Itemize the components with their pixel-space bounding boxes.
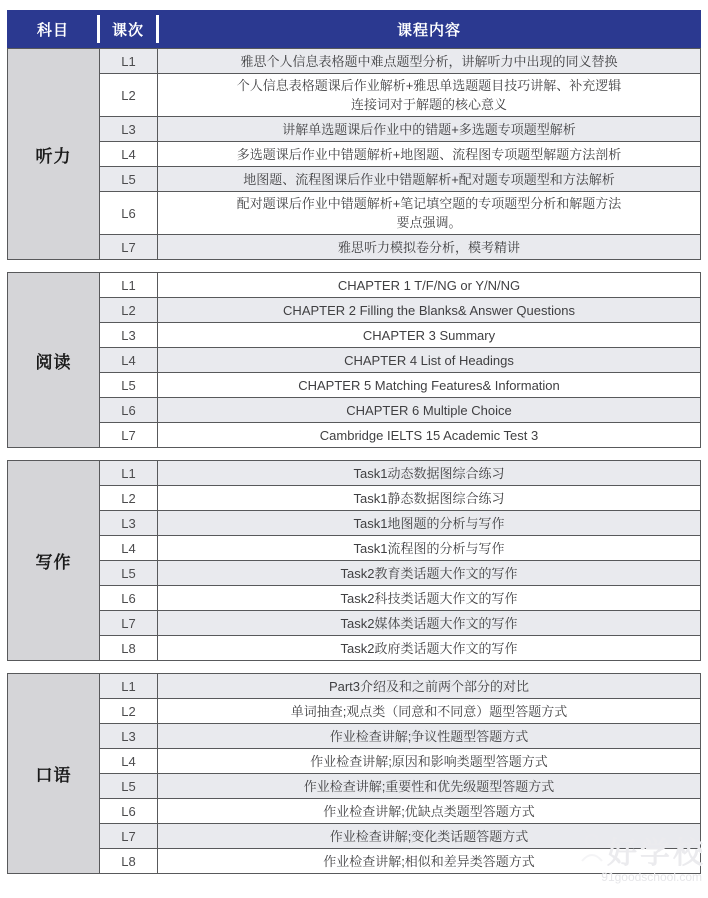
lesson-number: L8 <box>100 849 158 873</box>
sections-container: 听力L1雅思个人信息表格题中难点题型分析，讲解听力中出现的同义替换L2个人信息表… <box>7 48 701 874</box>
lesson-number: L6 <box>100 192 158 234</box>
lesson-number: L7 <box>100 824 158 848</box>
section-reading: 阅读L1CHAPTER 1 T/F/NG or Y/N/NGL2CHAPTER … <box>7 272 701 448</box>
table-row: L2单词抽查;观点类（同意和不同意）题型答题方式 <box>100 698 700 723</box>
lesson-number: L7 <box>100 611 158 635</box>
table-row: L3作业检查讲解;争议性题型答题方式 <box>100 723 700 748</box>
subject-label-listening: 听力 <box>8 49 100 259</box>
subject-label-reading: 阅读 <box>8 273 100 447</box>
table-row: L4作业检查讲解;原因和影响类题型答题方式 <box>100 748 700 773</box>
lesson-content: Task1静态数据图综合练习 <box>158 486 700 510</box>
table-row: L6作业检查讲解;优缺点类题型答题方式 <box>100 798 700 823</box>
table-row: L5CHAPTER 5 Matching Features& Informati… <box>100 372 700 397</box>
section-listening: 听力L1雅思个人信息表格题中难点题型分析，讲解听力中出现的同义替换L2个人信息表… <box>7 48 701 260</box>
subject-label-speaking: 口语 <box>8 674 100 873</box>
lesson-content: CHAPTER 2 Filling the Blanks& Answer Que… <box>158 298 700 322</box>
rows-container: L1Part3介绍及和之前两个部分的对比L2单词抽查;观点类（同意和不同意）题型… <box>100 674 700 873</box>
lesson-content: 作业检查讲解;优缺点类题型答题方式 <box>158 799 700 823</box>
table-row: L2CHAPTER 2 Filling the Blanks& Answer Q… <box>100 297 700 322</box>
lesson-content: Task1流程图的分析与写作 <box>158 536 700 560</box>
lesson-content: CHAPTER 6 Multiple Choice <box>158 398 700 422</box>
table-row: L3Task1地图题的分析与写作 <box>100 510 700 535</box>
lesson-number: L4 <box>100 348 158 372</box>
lesson-content: Task2教育类话题大作文的写作 <box>158 561 700 585</box>
lesson-number: L2 <box>100 699 158 723</box>
lesson-number: L6 <box>100 799 158 823</box>
lesson-content: 配对题课后作业中错题解析+笔记填空题的专项题型分析和解题方法 要点强调。 <box>158 192 700 234</box>
lesson-number: L5 <box>100 774 158 798</box>
course-schedule-page: 科目 课次 课程内容 听力L1雅思个人信息表格题中难点题型分析，讲解听力中出现的… <box>0 0 708 898</box>
lesson-number: L2 <box>100 74 158 116</box>
lesson-content: Task2科技类话题大作文的写作 <box>158 586 700 610</box>
lesson-content: 作业检查讲解;相似和差异类答题方式 <box>158 849 700 873</box>
table-row: L8作业检查讲解;相似和差异类答题方式 <box>100 848 700 873</box>
table-row: L7Task2媒体类话题大作文的写作 <box>100 610 700 635</box>
table-row: L1CHAPTER 1 T/F/NG or Y/N/NG <box>100 273 700 297</box>
lesson-content: Task2媒体类话题大作文的写作 <box>158 611 700 635</box>
table-row: L5Task2教育类话题大作文的写作 <box>100 560 700 585</box>
lesson-number: L7 <box>100 423 158 447</box>
section-writing: 写作L1Task1动态数据图综合练习L2Task1静态数据图综合练习L3Task… <box>7 460 701 661</box>
table-row: L3CHAPTER 3 Summary <box>100 322 700 347</box>
lesson-content: Task1动态数据图综合练习 <box>158 461 700 485</box>
lesson-content: CHAPTER 3 Summary <box>158 323 700 347</box>
table-row: L5地图题、流程图课后作业中错题解析+配对题专项题型和方法解析 <box>100 166 700 191</box>
lesson-content: 讲解单选题课后作业中的错题+多选题专项题型解析 <box>158 117 700 141</box>
lesson-number: L6 <box>100 398 158 422</box>
table-row: L7雅思听力模拟卷分析，模考精讲 <box>100 234 700 259</box>
lesson-content: 作业检查讲解;变化类话题答题方式 <box>158 824 700 848</box>
table-row: L1Task1动态数据图综合练习 <box>100 461 700 485</box>
table-row: L1Part3介绍及和之前两个部分的对比 <box>100 674 700 698</box>
lesson-content: Part3介绍及和之前两个部分的对比 <box>158 674 700 698</box>
lesson-number: L3 <box>100 511 158 535</box>
lesson-content: Cambridge IELTS 15 Academic Test 3 <box>158 423 700 447</box>
lesson-content: 雅思听力模拟卷分析，模考精讲 <box>158 235 700 259</box>
table-row: L3讲解单选题课后作业中的错题+多选题专项题型解析 <box>100 116 700 141</box>
column-header-subject: 科目 <box>7 19 99 40</box>
table-row: L6配对题课后作业中错题解析+笔记填空题的专项题型分析和解题方法 要点强调。 <box>100 191 700 234</box>
lesson-number: L4 <box>100 536 158 560</box>
rows-container: L1雅思个人信息表格题中难点题型分析，讲解听力中出现的同义替换L2个人信息表格题… <box>100 49 700 259</box>
lesson-content: 个人信息表格题课后作业解析+雅思单选题题目技巧讲解、补充逻辑 连接词对于解题的核… <box>158 74 700 116</box>
lesson-content: 单词抽查;观点类（同意和不同意）题型答题方式 <box>158 699 700 723</box>
table-row: L8Task2政府类话题大作文的写作 <box>100 635 700 660</box>
rows-container: L1CHAPTER 1 T/F/NG or Y/N/NGL2CHAPTER 2 … <box>100 273 700 447</box>
table-row: L2个人信息表格题课后作业解析+雅思单选题题目技巧讲解、补充逻辑 连接词对于解题… <box>100 73 700 116</box>
table-row: L2Task1静态数据图综合练习 <box>100 485 700 510</box>
lesson-number: L5 <box>100 561 158 585</box>
lesson-content: 作业检查讲解;重要性和优先级题型答题方式 <box>158 774 700 798</box>
lesson-number: L5 <box>100 373 158 397</box>
lesson-number: L3 <box>100 117 158 141</box>
table-row: L1雅思个人信息表格题中难点题型分析，讲解听力中出现的同义替换 <box>100 49 700 73</box>
lesson-number: L2 <box>100 298 158 322</box>
lesson-content: CHAPTER 4 List of Headings <box>158 348 700 372</box>
lesson-content: 多选题课后作业中错题解析+地图题、流程图专项题型解题方法剖析 <box>158 142 700 166</box>
lesson-number: L1 <box>100 461 158 485</box>
table-header: 科目 课次 课程内容 <box>7 10 701 48</box>
table-row: L5作业检查讲解;重要性和优先级题型答题方式 <box>100 773 700 798</box>
lesson-number: L5 <box>100 167 158 191</box>
lesson-number: L8 <box>100 636 158 660</box>
lesson-number: L1 <box>100 273 158 297</box>
subject-label-writing: 写作 <box>8 461 100 660</box>
lesson-number: L1 <box>100 49 158 73</box>
table-row: L4Task1流程图的分析与写作 <box>100 535 700 560</box>
table-row: L4CHAPTER 4 List of Headings <box>100 347 700 372</box>
lesson-number: L3 <box>100 323 158 347</box>
lesson-number: L4 <box>100 749 158 773</box>
column-header-content: 课程内容 <box>157 19 701 40</box>
lesson-content: CHAPTER 5 Matching Features& Information <box>158 373 700 397</box>
table-row: L7Cambridge IELTS 15 Academic Test 3 <box>100 422 700 447</box>
lesson-number: L6 <box>100 586 158 610</box>
lesson-content: Task2政府类话题大作文的写作 <box>158 636 700 660</box>
header-divider <box>97 15 100 43</box>
header-divider <box>156 15 159 43</box>
lesson-content: 作业检查讲解;原因和影响类题型答题方式 <box>158 749 700 773</box>
lesson-content: 雅思个人信息表格题中难点题型分析，讲解听力中出现的同义替换 <box>158 49 700 73</box>
table-row: L6CHAPTER 6 Multiple Choice <box>100 397 700 422</box>
lesson-number: L2 <box>100 486 158 510</box>
lesson-content: 地图题、流程图课后作业中错题解析+配对题专项题型和方法解析 <box>158 167 700 191</box>
lesson-content: 作业检查讲解;争议性题型答题方式 <box>158 724 700 748</box>
lesson-number: L7 <box>100 235 158 259</box>
section-speaking: 口语L1Part3介绍及和之前两个部分的对比L2单词抽查;观点类（同意和不同意）… <box>7 673 701 874</box>
lesson-number: L1 <box>100 674 158 698</box>
table-row: L7作业检查讲解;变化类话题答题方式 <box>100 823 700 848</box>
column-header-lesson: 课次 <box>99 19 157 40</box>
table-row: L4多选题课后作业中错题解析+地图题、流程图专项题型解题方法剖析 <box>100 141 700 166</box>
lesson-number: L4 <box>100 142 158 166</box>
table-row: L6Task2科技类话题大作文的写作 <box>100 585 700 610</box>
lesson-content: CHAPTER 1 T/F/NG or Y/N/NG <box>158 273 700 297</box>
rows-container: L1Task1动态数据图综合练习L2Task1静态数据图综合练习L3Task1地… <box>100 461 700 660</box>
lesson-number: L3 <box>100 724 158 748</box>
lesson-content: Task1地图题的分析与写作 <box>158 511 700 535</box>
